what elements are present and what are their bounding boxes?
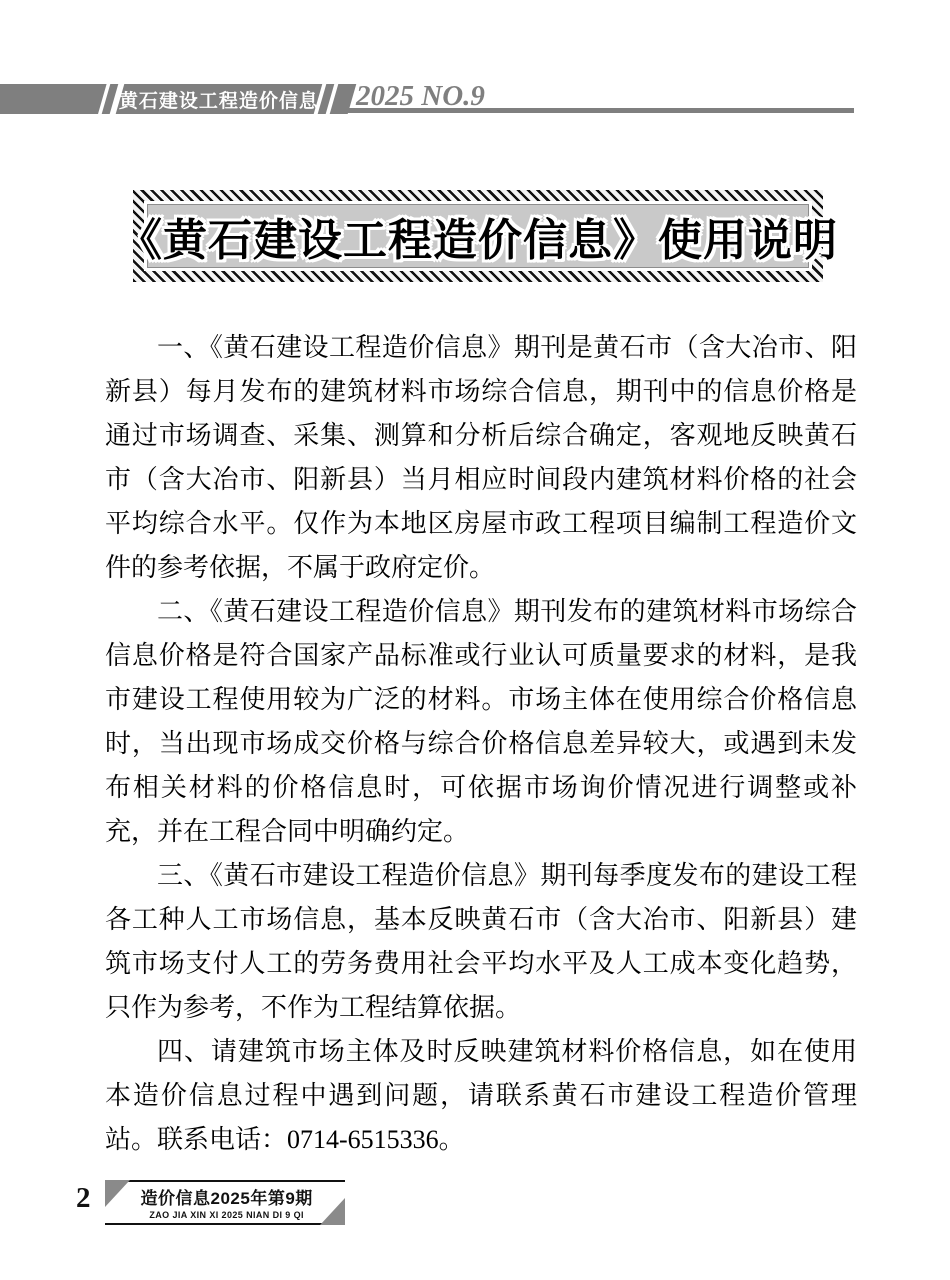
triangle-right-icon bbox=[320, 1198, 345, 1225]
page-number: 2 bbox=[76, 1182, 91, 1215]
paragraph-1: 一、《黄石建设工程造价信息》期刊是黄石市（含大冶市、阳新县）每月发布的建筑材料市… bbox=[105, 326, 857, 590]
footer-issue-pinyin: ZAO JIA XIN XI 2025 NIAN DI 9 QI bbox=[141, 1210, 313, 1220]
header-brand-text: 黄石建设工程造价信息 bbox=[119, 86, 319, 113]
footer-issue-label: 造价信息2025年第9期 bbox=[141, 1184, 313, 1209]
page-footer: 2 造价信息2025年第9期 ZAO JIA XIN XI 2025 NIAN … bbox=[76, 1180, 345, 1225]
paragraph-4: 四、请建筑市场主体及时反映建筑材料价格信息，如在使用本造价信息过程中遇到问题，请… bbox=[105, 1030, 857, 1162]
page-header: 黄石建设工程造价信息 2025 NO.9 bbox=[0, 0, 950, 130]
document-page: 黄石建设工程造价信息 2025 NO.9 《黄石建设工程造价信息》使用说明 一、… bbox=[0, 0, 950, 1280]
header-rule bbox=[346, 108, 854, 113]
title-banner: 《黄石建设工程造价信息》使用说明 bbox=[133, 190, 823, 282]
title-banner-panel: 《黄石建设工程造价信息》使用说明 bbox=[147, 204, 809, 268]
header-brand-plate: 黄石建设工程造价信息 bbox=[116, 84, 323, 114]
header-left-bar-icon bbox=[0, 84, 107, 114]
triangle-left-icon bbox=[105, 1180, 130, 1207]
title-banner-gap: 《黄石建设工程造价信息》使用说明 bbox=[144, 201, 812, 271]
footer-issue-box: 造价信息2025年第9期 ZAO JIA XIN XI 2025 NIAN DI… bbox=[105, 1180, 345, 1225]
paragraph-2: 二、《黄石建设工程造价信息》期刊发布的建筑材料市场综合信息价格是符合国家产品标准… bbox=[105, 590, 857, 854]
page-title: 《黄石建设工程造价信息》使用说明 bbox=[118, 204, 838, 268]
body-text: 一、《黄石建设工程造价信息》期刊是黄石市（含大冶市、阳新县）每月发布的建筑材料市… bbox=[105, 326, 857, 1162]
paragraph-3: 三、《黄石市建设工程造价信息》期刊每季度发布的建设工程各工种人工市场信息，基本反… bbox=[105, 854, 857, 1030]
